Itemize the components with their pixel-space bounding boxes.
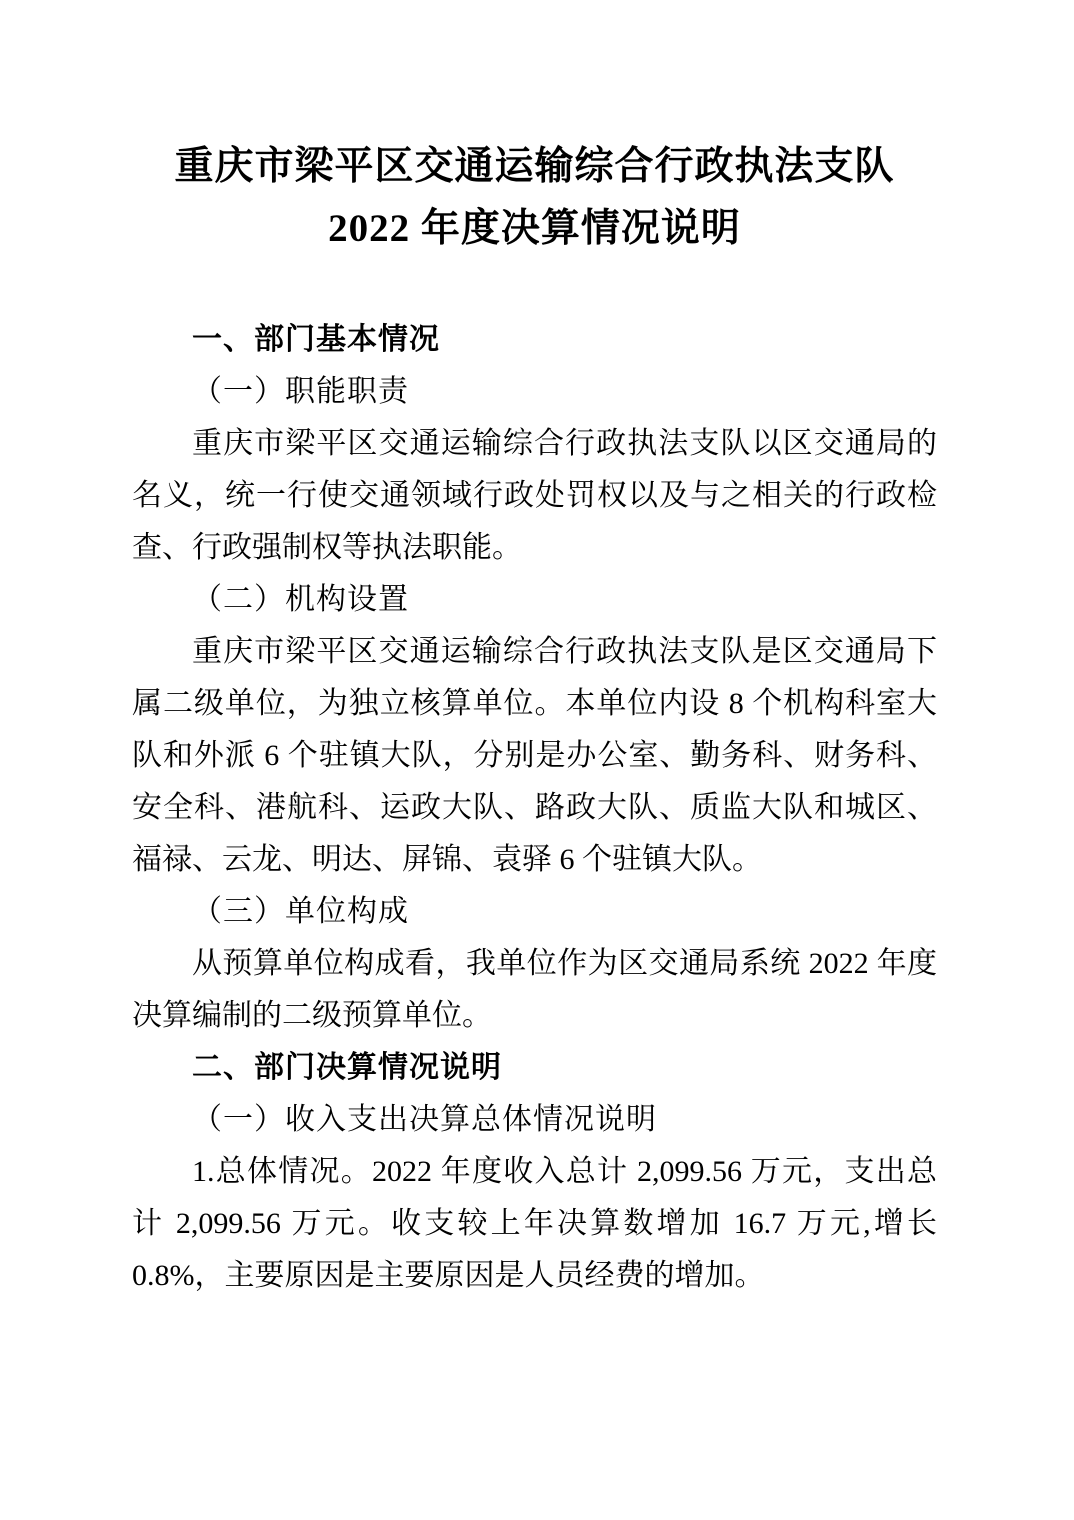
document-title: 重庆市梁平区交通运输综合行政执法支队 2022 年度决算情况说明 — [132, 136, 937, 260]
paragraph-duties: 重庆市梁平区交通运输综合行政执法支队以区交通局的名义，统一行使交通领域行政处罚权… — [132, 418, 937, 574]
document-title-line-2: 2022 年度决算情况说明 — [132, 198, 937, 260]
subsection-heading-1-3: （三）单位构成 — [132, 886, 937, 938]
paragraph-composition: 从预算单位构成看，我单位作为区交通局系统 2022 年度决算编制的二级预算单位。 — [132, 938, 937, 1042]
section-heading-1: 一、部门基本情况 — [132, 314, 937, 366]
paragraph-overall: 1.总体情况。2022 年度收入总计 2,099.56 万元，支出总计 2,09… — [132, 1146, 937, 1302]
subsection-heading-2-1: （一）收入支出决算总体情况说明 — [132, 1094, 937, 1146]
document-content: 重庆市梁平区交通运输综合行政执法支队 2022 年度决算情况说明 一、部门基本情… — [0, 0, 1074, 1302]
subsection-heading-1-1: （一）职能职责 — [132, 366, 937, 418]
paragraph-structure: 重庆市梁平区交通运输综合行政执法支队是区交通局下属二级单位，为独立核算单位。本单… — [132, 626, 937, 886]
document-body: 一、部门基本情况 （一）职能职责 重庆市梁平区交通运输综合行政执法支队以区交通局… — [132, 314, 937, 1302]
section-heading-2: 二、部门决算情况说明 — [132, 1042, 937, 1094]
document-page: 重庆市梁平区交通运输综合行政执法支队 2022 年度决算情况说明 一、部门基本情… — [0, 0, 1074, 1520]
document-title-line-1: 重庆市梁平区交通运输综合行政执法支队 — [132, 136, 937, 198]
subsection-heading-1-2: （二）机构设置 — [132, 574, 937, 626]
